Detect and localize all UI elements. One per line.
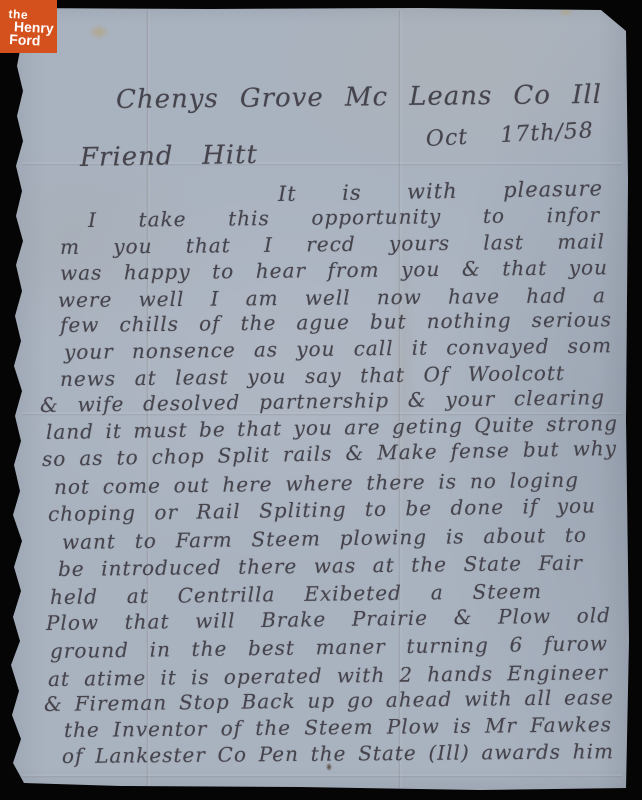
handwriting-line-body: & wife desolved partnership & your clear… <box>40 386 605 416</box>
handwriting-line-salutation: Friend Hitt <box>80 141 258 173</box>
letter-photo: Chenys Grove Mc Leans Co IllOct 17th/58F… <box>0 0 642 800</box>
handwriting-line-body: Plow that will Brake Prairie & Plow old <box>46 604 611 634</box>
handwriting-line-place: Chenys Grove Mc Leans Co Ill <box>116 81 602 115</box>
handwriting-line-date: Oct 17th/58 <box>425 119 594 152</box>
handwriting-line-body: the Inventor of the Steem Plow is Mr Faw… <box>64 713 612 741</box>
handwriting-line-body: be introduced there was at the State Fai… <box>58 552 583 580</box>
logo-word-ford: Ford <box>9 31 41 49</box>
handwriting-line-body: of Lankester Co Pen the State (Ill) awar… <box>62 740 614 767</box>
handwriting-line-body: was happy to hear from you & that you <box>60 256 608 284</box>
handwriting-line-body: & Fireman Stop Back up go ahead with all… <box>44 686 614 715</box>
handwriting-line-body: m you that I recd yours last mail <box>60 230 605 258</box>
handwriting-line-body: held at Centrilla Exibeted a Steem <box>50 580 542 608</box>
stain-mark <box>88 24 110 40</box>
handwriting-line-body: I take this opportunity to infor <box>88 204 600 231</box>
handwriting-line-body: not come out here where there is no logi… <box>54 469 579 498</box>
letter-paper: Chenys Grove Mc Leans Co IllOct 17th/58F… <box>0 0 642 800</box>
handwriting-line-body: ground in the best maner turning 6 furow <box>50 632 608 662</box>
handwriting-line-body: your nonsence as you call it convayed so… <box>64 334 612 363</box>
handwriting-line-body: were well I am well now have had a <box>58 284 606 311</box>
fold-crease-horizontal-bottom <box>22 774 622 778</box>
stain-mark <box>558 6 574 18</box>
handwriting-line-body: few chills of the ague but nothing serio… <box>60 308 612 336</box>
handwriting-line-body: It is with pleasure <box>278 177 603 206</box>
handwriting-line-body: want to Farm Steem plowing is about to <box>62 524 587 553</box>
handwriting-line-body: choping or Rail Spliting to be done if y… <box>48 494 596 525</box>
henry-ford-logo: the Henry Ford <box>0 0 57 53</box>
henry-ford-logo-text: the Henry Ford <box>0 0 58 54</box>
